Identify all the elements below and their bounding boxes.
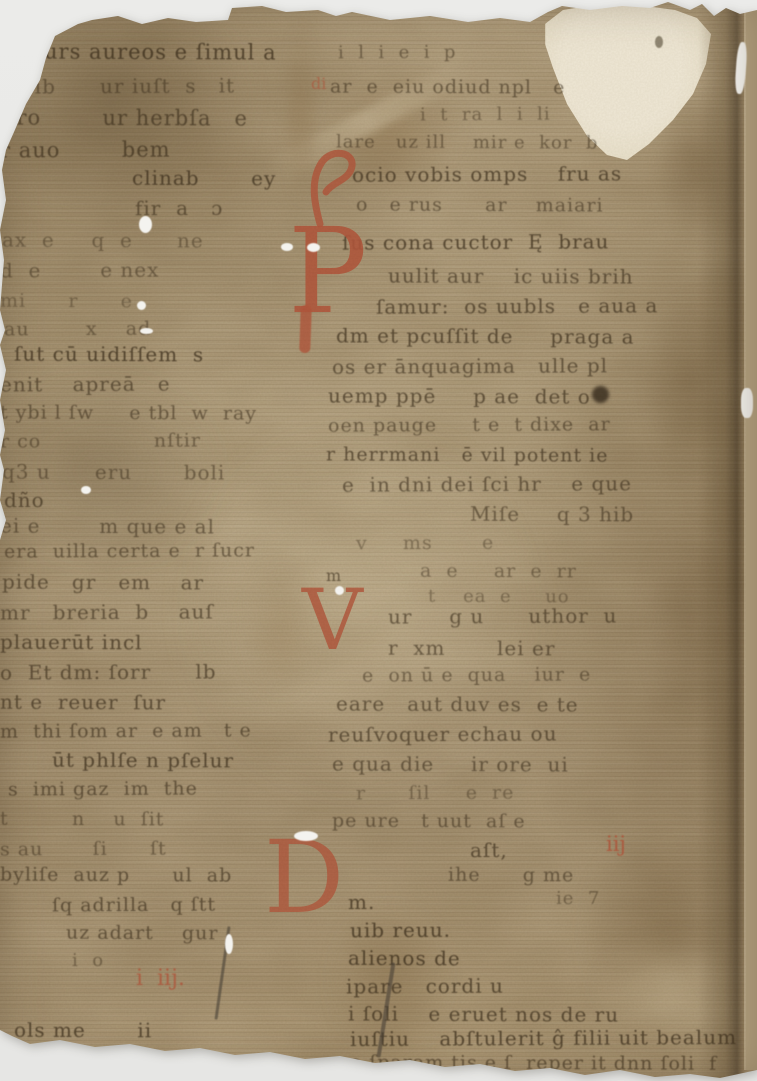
parchment-shadow-wrap: t murs aureos e ſimul am ib ur iuſt s it… [0,0,757,1081]
edge-vignette [0,0,757,1081]
parchment-leaf: t murs aureos e ſimul am ib ur iuſt s it… [0,0,757,1081]
manuscript-scan: t murs aureos e ſimul am ib ur iuſt s it… [0,0,757,1081]
